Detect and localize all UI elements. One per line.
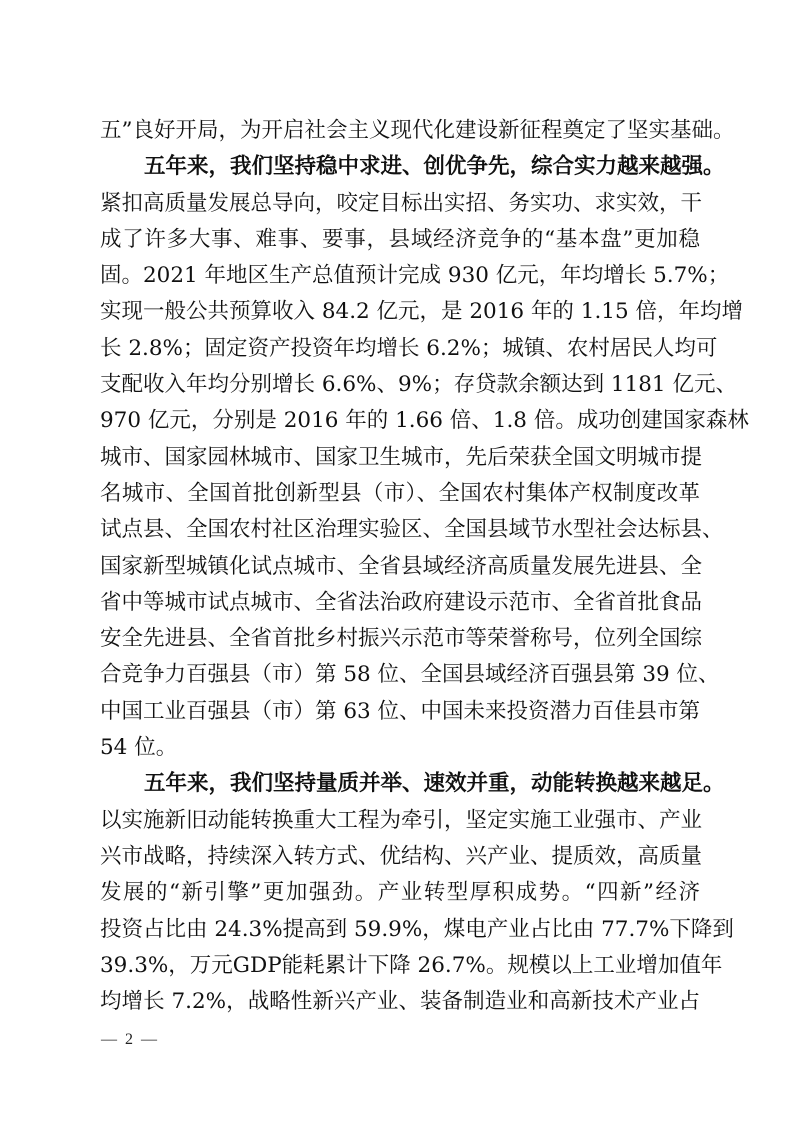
text-line: 39.3%，万元GDP能耗累计下降 26.7%。规模以上工业增加值年 xyxy=(100,948,700,984)
text-line: 合竞争力百强县（市）第 58 位、全国县域经济百强县第 39 位、 xyxy=(100,657,700,693)
text-line: 五”良好开局，为开启社会主义现代化建设新征程奠定了坚实基础。 xyxy=(100,113,700,149)
document-page: 五”良好开局，为开启社会主义现代化建设新征程奠定了坚实基础。 五年来，我们坚持稳… xyxy=(0,0,793,1122)
section-heading: 五年来，我们坚持稳中求进、创优争先，综合实力越来越强。 xyxy=(100,149,700,185)
text-line: 均增长 7.2%，战略性新兴产业、装备制造业和高新技术产业占 xyxy=(100,984,700,1020)
text-line: 紧扣高质量发展总导向，咬定目标出实招、务实功、求实效，干 xyxy=(100,186,700,222)
text-line: 国家新型城镇化试点城市、全省县域经济高质量发展先进县、全 xyxy=(100,549,700,585)
text-line: 安全先进县、全省首批乡村振兴示范市等荣誉称号，位列全国综 xyxy=(100,621,700,657)
text-line: 投资占比由 24.3%提高到 59.9%，煤电产业占比由 77.7%下降到 xyxy=(100,912,700,948)
text-line: 城市、国家园林城市、国家卫生城市，先后荣获全国文明城市提 xyxy=(100,440,700,476)
text-line: 实现一般公共预算收入 84.2 亿元，是 2016 年的 1.15 倍，年均增 xyxy=(100,294,700,330)
text-line: 试点县、全国农村社区治理实验区、全国县域节水型社会达标县、 xyxy=(100,512,700,548)
body-text: 五”良好开局，为开启社会主义现代化建设新征程奠定了坚实基础。 五年来，我们坚持稳… xyxy=(100,113,700,1020)
text-line: 54 位。 xyxy=(100,730,700,766)
text-line: 固。2021 年地区生产总值预计完成 930 亿元，年均增长 5.7%； xyxy=(100,258,700,294)
text-line: 中国工业百强县（市）第 63 位、中国未来投资潜力百佳县市第 xyxy=(100,694,700,730)
section-heading: 五年来，我们坚持量质并举、速效并重，动能转换越来越足。 xyxy=(100,766,700,802)
text-line: 970 亿元，分别是 2016 年的 1.66 倍、1.8 倍。成功创建国家森林 xyxy=(100,403,700,439)
text-line: 支配收入年均分别增长 6.6%、9%；存贷款余额达到 1181 亿元、 xyxy=(100,367,700,403)
text-line: 发展的“新引擎”更加强劲。产业转型厚积成势。“四新”经济 xyxy=(100,875,700,911)
text-line: 长 2.8%；固定资产投资年均增长 6.2%；城镇、农村居民人均可 xyxy=(100,331,700,367)
text-line: 省中等城市试点城市、全省法治政府建设示范市、全省首批食品 xyxy=(100,585,700,621)
text-line: 兴市战略，持续深入转方式、优结构、兴产业、提质效，高质量 xyxy=(100,839,700,875)
text-line: 以实施新旧动能转换重大工程为牵引，坚定实施工业强市、产业 xyxy=(100,803,700,839)
text-line: 成了许多大事、难事、要事，县域经济竞争的“基本盘”更加稳 xyxy=(100,222,700,258)
page-number: — 2 — xyxy=(101,1031,159,1049)
text-line: 名城市、全国首批创新型县（市）、全国农村集体产权制度改革 xyxy=(100,476,700,512)
